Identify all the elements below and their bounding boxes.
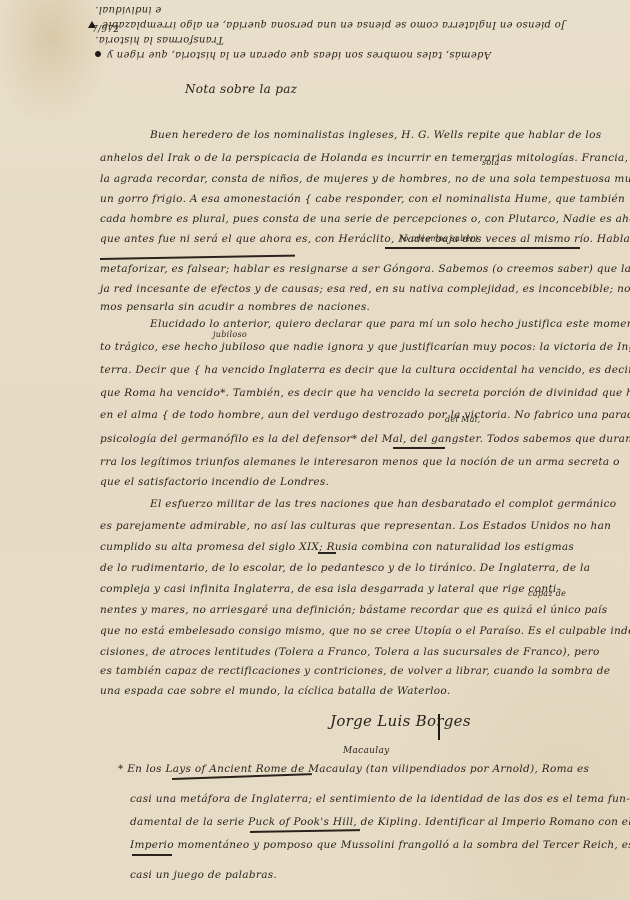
text-line: cada hombre es plural, pues consta de un… <box>100 212 630 226</box>
underline-mark <box>393 447 445 449</box>
upside-note-line: Transformas la historia. <box>95 32 565 47</box>
text-line: rra los legítimos triunfos alemanes le i… <box>100 455 620 469</box>
page-title: Nota sobre la paz <box>185 82 297 96</box>
bullet-dot-icon <box>95 52 101 58</box>
underline-mark <box>132 854 172 856</box>
footnote-line: * En los Lays of Ancient Rome de Macaula… <box>118 762 589 776</box>
text-line: psicología del germanófilo es la del def… <box>100 432 630 446</box>
text-line: El esfuerzo militar de las tres naciones… <box>150 497 616 511</box>
text-line: de lo rudimentario, de lo escolar, de lo… <box>100 561 590 575</box>
text-line: anhelos del Irak o de la perspicacia de … <box>100 151 628 165</box>
text-line: nentes y mares, no arriesgaré una defini… <box>100 603 607 617</box>
underline-mark <box>100 255 295 260</box>
insertion-annotation: capaz de <box>528 589 566 598</box>
text-line: que el satisfactorio incendio de Londres… <box>100 475 329 489</box>
text-line: cisiones, de atroces lentitudes (Tolera … <box>100 645 600 659</box>
text-line: Buen heredero de los nominalistas ingles… <box>150 128 601 142</box>
insertion-annotation: sola <box>482 158 499 167</box>
text-line: un gorro frigio. A esa amonestación { ca… <box>100 192 625 206</box>
text-line: que Roma ha vencido*. También, es decir … <box>100 386 630 400</box>
text-line: Elucidado lo anterior, quiero declarar q… <box>150 317 630 331</box>
insertion-annotation: (o creemos saber) <box>400 234 478 243</box>
text-line: cumplido su alta promesa del siglo XIX; … <box>100 540 574 554</box>
insertion-annotation: del Mal, <box>445 415 480 424</box>
footnote-line: Imperio momentáneo y pomposo que Mussoli… <box>130 838 630 852</box>
footnote-line: casi un juego de palabras. <box>130 868 277 882</box>
text-line: en el alma { de todo hombre, aun del ver… <box>100 408 630 422</box>
footnote-line: casi una metáfora de Inglaterra; el sent… <box>130 792 630 806</box>
text-line: es parejamente admirable, no así las cul… <box>100 519 611 533</box>
text-line: ja red incesante de efectos y de causas;… <box>100 282 630 296</box>
text-line: que no está embelesado consigo mismo, qu… <box>100 624 630 638</box>
text-line: metaforizar, es falsear; hablar es resig… <box>100 262 630 276</box>
text-line: compleja y casi infinita Inglaterra, de … <box>100 582 560 596</box>
text-line: to trágico, ese hecho jubiloso que nadie… <box>100 340 630 354</box>
footnote-line: damental de la serie Puck of Pook's Hill… <box>130 815 630 829</box>
insertion-annotation: jubiloso <box>213 330 247 339</box>
insertion-annotation: Macaulay <box>343 746 390 756</box>
triangle-marker-icon <box>88 21 96 28</box>
signature-flourish <box>438 714 440 740</box>
underline-mark <box>385 247 580 249</box>
text-line: una espada cae sobre el mundo, la cíclic… <box>100 684 451 698</box>
upside-down-note: Además, tales nombres son ideas que oper… <box>95 2 565 62</box>
upside-note-line: Jo pienso en Inglaterra como se piensa e… <box>95 17 565 32</box>
underline-mark <box>318 552 336 554</box>
text-line: mos pensarla sin acudir a nombres de nac… <box>100 300 370 314</box>
text-line: terra. Decir que { ha vencido Inglaterra… <box>100 363 630 377</box>
text-line: que antes fue ni será el que ahora es, c… <box>100 232 630 246</box>
underline-mark <box>250 829 360 832</box>
upside-note-line: e individual. <box>95 2 565 17</box>
signature: Jorge Luis Borges <box>330 712 471 730</box>
text-line: es también capaz de rectificaciones y co… <box>100 664 610 678</box>
upside-note-line: Además, tales nombres son ideas que oper… <box>95 47 565 62</box>
text-line: la agrada recordar, consta de niños, de … <box>100 172 630 186</box>
manuscript-page: 7/972 Además, tales nombres son ideas qu… <box>0 0 630 900</box>
